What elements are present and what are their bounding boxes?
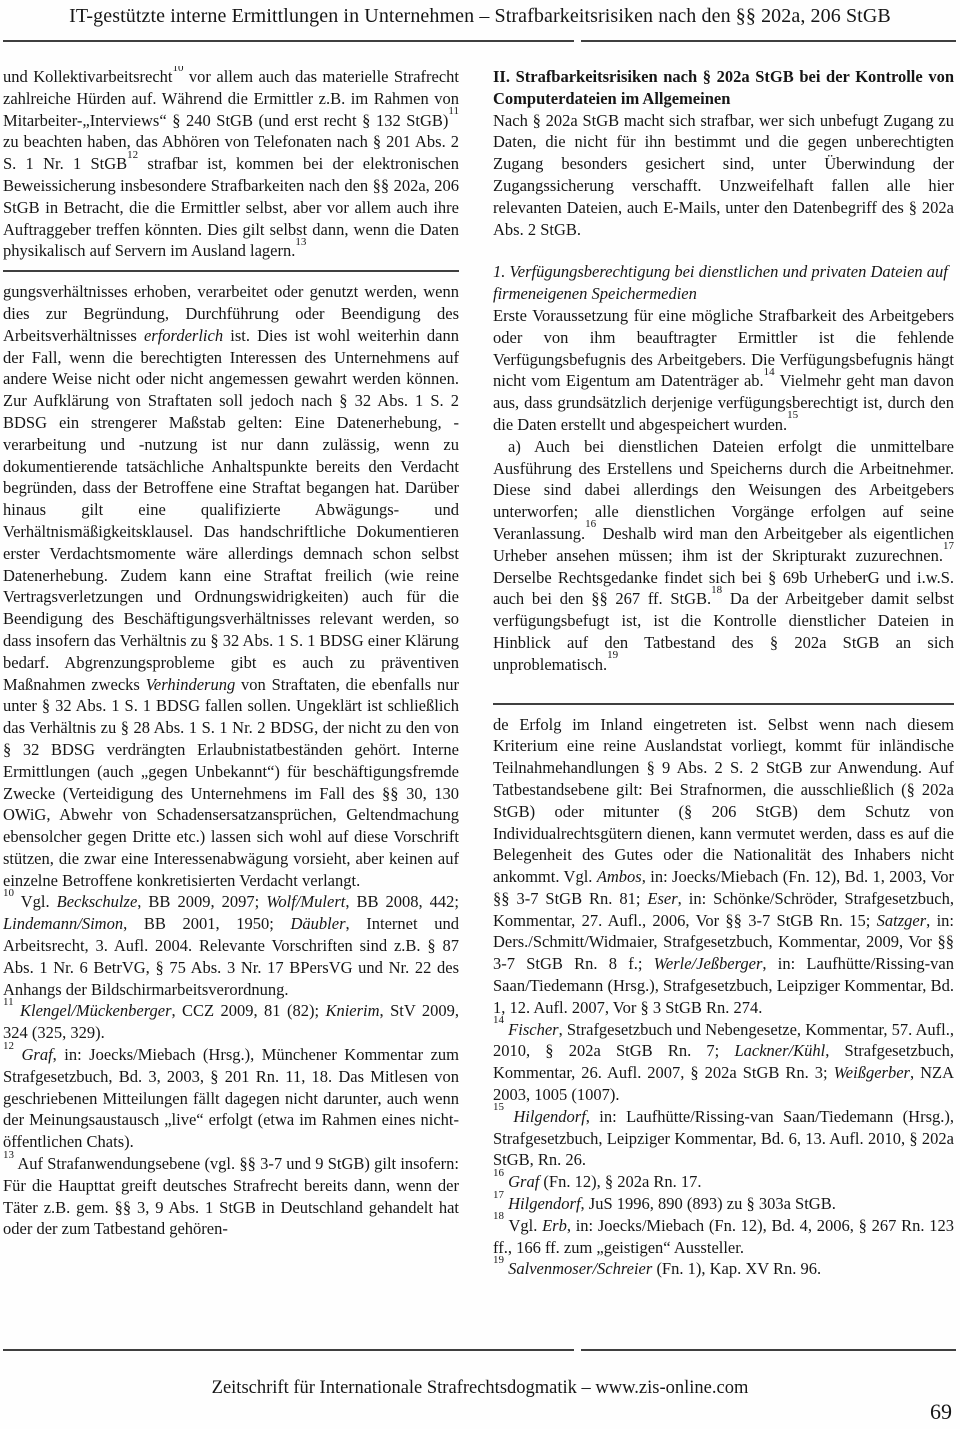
right-footnote-separator [493,703,954,705]
footnote-number: 17 [493,1189,504,1201]
italic-text: Salvenmoser/Schreier [508,1259,652,1278]
footnote-number: 19 [493,1254,504,1266]
text-run: (Fn. 12), § 202a Rn. 17. [539,1172,701,1191]
footnote-ref: 19 [607,649,618,661]
italic-text: Werle/Jeßberger [654,954,763,973]
footnote-11: 11 Klengel/Mückenberger, CCZ 2009, 81 (8… [3,1000,459,1044]
footnote-13: 13 Auf Strafanwendungsebene (vgl. §§ 3-7… [3,1153,459,1240]
footnote-16: 16 Graf (Fn. 12), § 202a Rn. 17. [493,1171,954,1193]
italic-text: Hilgendorf [508,1194,580,1213]
text-run: Vgl. [508,1216,542,1235]
footnote-18: 18 Vgl. Erb, in: Joecks/Miebach (Fn. 12)… [493,1215,954,1259]
text-run: Auf Strafanwendungsebene (vgl. §§ 3-7 un… [3,1154,459,1238]
footnote-ref: 12 [127,149,138,161]
footnote-continuation: de Erfolg im Inland eingetreten ist. Sel… [493,714,954,1019]
footnote-ref: 18 [711,584,722,596]
footnote-number: 12 [3,1040,14,1052]
right-column: II. Strafbarkeitsrisiken nach § 202a StG… [493,66,954,1338]
text-run: , JuS 1996, 890 (893) zu § 303a StGB. [581,1194,836,1213]
text-run: Vgl. [21,892,57,911]
footnote-number: 15 [493,1101,504,1113]
italic-text: Beckschulze [57,892,138,911]
text-run: (Fn. 1), Kap. XV Rn. 96. [652,1259,821,1278]
italic-text: Ambos [597,867,642,886]
text-run: Nach § 202a StGB macht sich strafbar, we… [493,111,954,239]
italic-text: Lindemann/Simon [3,914,123,933]
paragraph-verfuegungsbefugnis: Erste Voraussetzung für eine mögliche St… [493,305,954,436]
left-footnote-separator [3,270,459,272]
page-number: 69 [930,1399,952,1425]
italic-text: Verhinderung [146,675,236,694]
italic-text: Fischer [508,1020,558,1039]
footnote-number: 18 [493,1210,504,1222]
footer-rule-right [581,1349,956,1351]
footer-rule-left [3,1349,574,1351]
footnote-ref: 14 [764,366,775,378]
footnote-number: 13 [3,1149,14,1161]
text-run: de Erfolg im Inland eingetreten ist. Sel… [493,715,954,887]
text-run: und Kollektivarbeitsrecht [3,67,172,86]
footnote-14: 14 Fischer, Strafgesetzbuch und Nebenges… [493,1019,954,1106]
footnote-ref: 16 [585,518,596,530]
italic-text: erforderlich [144,326,223,345]
footnote-ref: 13 [295,236,306,248]
footnote-15: 15 Hilgendorf, in: Laufhütte/Rissing-van… [493,1106,954,1171]
footnote-ref: 17 [943,540,954,552]
journal-page: IT-gestützte interne Ermittlungen in Unt… [0,0,960,1429]
footnote-ref: 15 [787,409,798,421]
italic-text: Knierim [325,1001,379,1020]
intro-paragraph: Nach § 202a StGB macht sich strafbar, we… [493,110,954,241]
header-rule-right [581,40,956,42]
right-footnotes: de Erfolg im Inland eingetreten ist. Sel… [493,714,954,1281]
italic-text: Klengel/Mückenberger [20,1001,172,1020]
footnote-17: 17 Hilgendorf, JuS 1996, 890 (893) zu § … [493,1193,954,1215]
section-heading: II. Strafbarkeitsrisiken nach § 202a StG… [493,66,954,110]
italic-text: Graf [508,1172,539,1191]
left-column: und Kollektivarbeitsrecht10 vor allem au… [3,66,459,1338]
footnote-number: 16 [493,1167,504,1179]
text-run: , BB 2001, 1950; [123,914,290,933]
italic-text: Däubler [291,914,346,933]
paragraph-dienstliche-dateien: a) Auch bei dienstlichen Dateien erfolgt… [493,436,954,676]
footnote-10: 10 Vgl. Beckschulze, BB 2009, 2097; Wolf… [3,891,459,1000]
text-run: von Straftaten, die ebenfalls nur unter … [3,675,459,890]
text-run: , CCZ 2009, 81 (82); [172,1001,326,1020]
footnote-number: 10 [3,887,14,899]
left-footnotes: gungsverhältnisses erhoben, verarbeitet … [3,281,459,1240]
text-run: ist. Dies ist wohl weiterhin dann der Fa… [3,326,459,694]
italic-text: Satzger [877,911,927,930]
italic-text: Hilgendorf [513,1107,585,1126]
footnote-number: 14 [493,1014,504,1026]
subsection-heading: 1. Verfügungsberechtigung bei dienstlich… [493,261,954,305]
italic-text: Wolf/Mulert [266,892,345,911]
footnote-continuation: gungsverhältnisses erhoben, verarbeitet … [3,281,459,891]
footnote-ref: 11 [448,105,459,117]
italic-text: Erb [542,1216,567,1235]
journal-name: Zeitschrift für Internationale Strafrech… [0,1378,960,1399]
footnote-12: 12 Graf, in: Joecks/Miebach (Hrsg.), Mün… [3,1044,459,1153]
running-head-title: IT-gestützte interne Ermittlungen in Unt… [10,5,950,28]
footnote-ref: 10 [172,66,183,74]
footnote-19: 19 Salvenmoser/Schreier (Fn. 1), Kap. XV… [493,1258,954,1280]
header-rule-left [3,40,574,42]
left-main-paragraph: und Kollektivarbeitsrecht10 vor allem au… [3,66,459,262]
text-run: , BB 2008, 442; [345,892,459,911]
italic-text: Lackner/Kühl [734,1041,825,1060]
italic-text: Graf [21,1045,52,1064]
text-run: , in: Joecks/Miebach (Hrsg.), Münchener … [3,1045,459,1151]
italic-text: Eser [647,889,677,908]
footnote-number: 11 [3,996,14,1008]
italic-text: Weißgerber [834,1063,910,1082]
text-run: , BB 2009, 2097; [137,892,266,911]
